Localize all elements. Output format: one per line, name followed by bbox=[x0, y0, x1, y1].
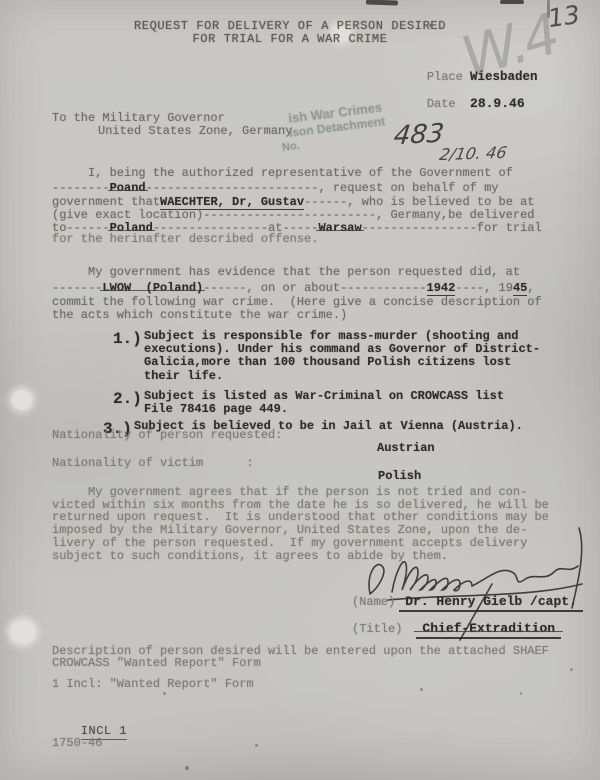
scan-mark bbox=[185, 766, 189, 770]
text-segment: -------- bbox=[52, 181, 110, 195]
nationality-requested-label: Nationality of person requested: bbox=[52, 429, 282, 442]
received-date-handwritten: 2/10. 46 bbox=[438, 143, 508, 164]
spacer bbox=[456, 97, 470, 111]
charge-item-1: 1.) Subject is responsible for mass-murd… bbox=[113, 330, 540, 383]
charge-text: their life. bbox=[144, 370, 540, 383]
signature-title-row: (Title) Chief-Extradition bbox=[352, 621, 561, 639]
request-line1: I, being the authorized representative o… bbox=[52, 167, 513, 180]
scan-mark bbox=[420, 688, 423, 691]
nationality-victim-value: Polish bbox=[378, 470, 421, 483]
punch-hole bbox=[12, 390, 32, 410]
scan-mark bbox=[366, 0, 398, 6]
text-segment: Warsaw bbox=[318, 222, 361, 235]
charge-text: Galicia,more than 100 thousand Polish ci… bbox=[144, 356, 540, 369]
scan-mark bbox=[255, 744, 258, 747]
punch-hole bbox=[10, 620, 36, 644]
document-title-line2: FOR TRIAL FOR A WAR CRIME bbox=[0, 32, 580, 46]
charge-number: 1.) bbox=[113, 330, 142, 348]
name-label: (Name) bbox=[352, 595, 395, 609]
request-line2: --------Poand------------------------, r… bbox=[52, 182, 498, 195]
charge-text: File 78416 page 449. bbox=[144, 403, 504, 416]
text-segment: , who is believed to be at bbox=[347, 195, 534, 209]
document-title-line1: REQUEST FOR DELIVERY OF A PERSON DESIRED bbox=[0, 19, 580, 33]
name-value: Dr. Henry Gielb /capt. bbox=[399, 594, 583, 612]
evidence-line2: -------LWOW (Poland)------, on or about-… bbox=[52, 282, 535, 295]
text-segment: ------- bbox=[52, 281, 102, 295]
evidence-line4: the acts which constitute the war crime.… bbox=[52, 309, 347, 322]
title-label: (Title) bbox=[352, 622, 402, 636]
text-segment: , bbox=[527, 281, 534, 295]
place-label: Place bbox=[427, 70, 463, 84]
scan-mark bbox=[163, 692, 166, 695]
text-segment: ---- bbox=[455, 281, 484, 295]
spacer bbox=[463, 70, 470, 84]
title-value: Chief-Extradition bbox=[416, 621, 561, 639]
text-segment: , 19 bbox=[484, 281, 513, 295]
text-segment: 45 bbox=[513, 281, 527, 296]
text-segment: , Germany,be delivered bbox=[376, 208, 534, 222]
form-number: 1750-46 bbox=[52, 737, 102, 750]
text-segment: ---------------- bbox=[362, 221, 477, 235]
evidence-line1: My government has evidence that the pers… bbox=[52, 266, 520, 279]
charge-number: 2.) bbox=[113, 390, 142, 408]
text-segment: ------ bbox=[304, 195, 347, 209]
request-line6: for the herinafter described offense. bbox=[52, 233, 318, 246]
text-segment: for trial bbox=[477, 221, 542, 235]
text-segment: ------------------------ bbox=[146, 181, 319, 195]
text-segment: government that bbox=[52, 195, 160, 209]
text-segment: (give exact location) bbox=[52, 208, 203, 222]
inclosure-line: 1 Incl: "Wanted Report" Form bbox=[52, 678, 254, 691]
text-segment: 1942 bbox=[427, 281, 456, 296]
document-page: 13 W.4 483 2/10. 46 REQUEST FOR DELIVERY… bbox=[0, 0, 600, 780]
text-segment: , on or about bbox=[246, 281, 340, 295]
signature-name-row: (Name) Dr. Henry Gielb /capt. bbox=[352, 594, 583, 612]
nationality-victim-label: Nationality of victim : bbox=[52, 457, 254, 470]
scan-mark bbox=[520, 692, 522, 695]
text-segment: Poand bbox=[110, 182, 146, 195]
text-segment: ------------ bbox=[340, 281, 426, 295]
text-segment: ------------------------ bbox=[203, 208, 376, 222]
date-label: Date bbox=[427, 97, 456, 111]
text-segment: , request on behalf of my bbox=[318, 181, 498, 195]
agreement-line: My government agrees that if the person … bbox=[52, 486, 549, 499]
place-value: Wiesbaden bbox=[470, 70, 538, 84]
charge-item-2: 2.) Subject is listed as War-Criminal on… bbox=[113, 390, 504, 416]
date-value: 28.9.46 bbox=[470, 96, 525, 111]
scan-mark bbox=[570, 668, 573, 671]
text-segment: ------ bbox=[203, 281, 246, 295]
text-segment: LWOW (Poland) bbox=[102, 282, 203, 295]
description-line2: CROWCASS "Wanted Report" Form bbox=[52, 657, 261, 670]
nationality-requested-value: Austrian bbox=[377, 442, 435, 455]
scan-mark bbox=[500, 0, 524, 4]
